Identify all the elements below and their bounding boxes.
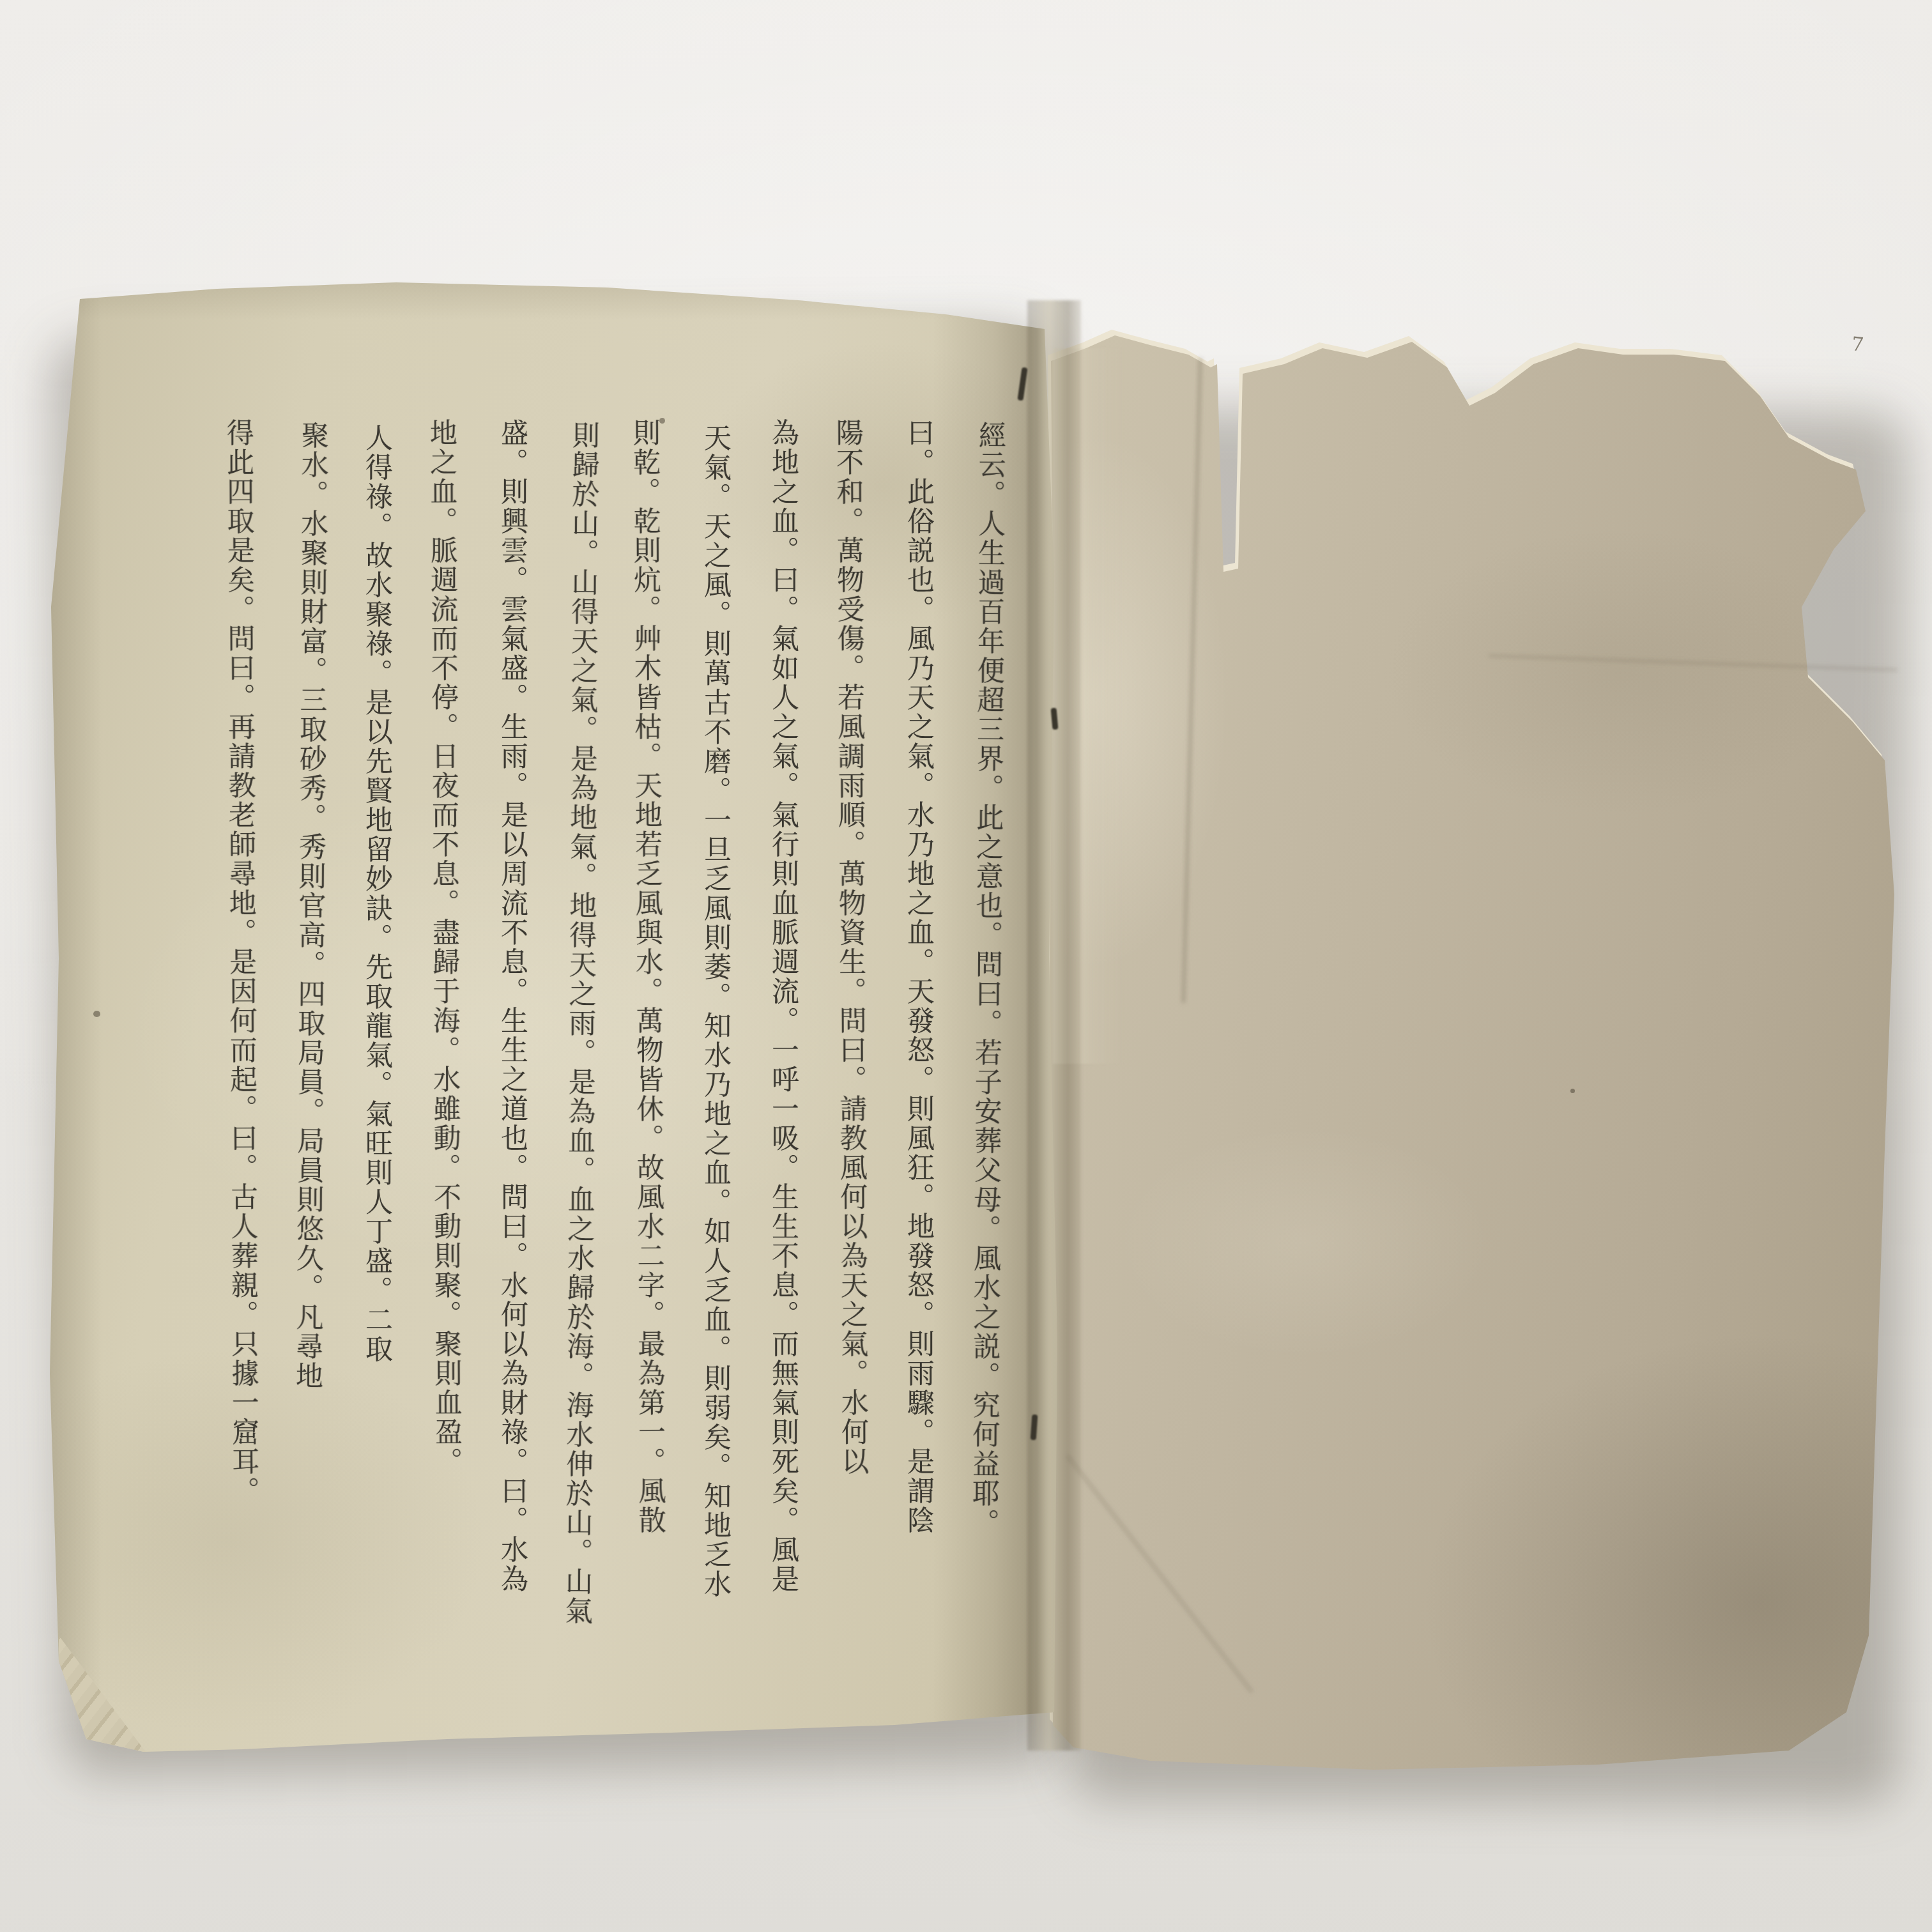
handwritten-column-8: 盛。則興雲。雲氣盛。生雨。是以周流不息。生生之道也。問曰。水何以為財祿。曰。水為 (498, 418, 526, 1703)
left-page-top-shading (45, 275, 1067, 319)
left-page: 經云。人生過百年便超三界。此之意也。問曰。若子安葬父母。風水之説。究何益耶。 曰… (45, 275, 1067, 1782)
paper-speck (1570, 1089, 1575, 1093)
binding-gutter (1027, 300, 1081, 1751)
handwritten-column-4: 為地之血。曰。氣如人之氣。氣行則血脈週流。一呼一吸。生生不息。而無氣則死矣。風是 (769, 418, 797, 1703)
handwritten-column-1: 經云。人生過百年便超三界。此之意也。問曰。若子安葬父母。風水之説。究何益耶。 (969, 421, 1004, 1705)
handwritten-column-5: 天氣。天之風。則萬古不磨。一旦乏風則萎。知水乃地之血。如人乏血。則弱矣。知地乏水 (701, 424, 729, 1708)
handwritten-column-11: 聚水。水聚則財富。三取砂秀。秀則官高。四取局員。局員則悠久。凡尋地 (291, 421, 326, 1705)
handwritten-column-3: 陽不和。萬物受傷。若風調雨順。萬物資生。問曰。請教風何以為天之氣。水何以 (834, 418, 868, 1703)
handwritten-column-2: 曰。此俗説也。風乃天之氣。水乃地之血。天發怒。則風狂。地發怒。則雨驟。是謂陰 (905, 418, 932, 1703)
handwritten-column-9: 地之血。脈週流而不停。日夜而不息。盡歸于海。水雖動。不動則聚。聚則血盈。 (427, 418, 462, 1703)
manuscript-text-block: 經云。人生過百年便超三界。此之意也。問曰。若子安葬父母。風水之説。究何益耶。 曰… (150, 418, 1000, 1703)
paper-speck (659, 418, 665, 424)
handwritten-column-12: 得此四取是矣。問曰。再請教老師尋地。是因何而起。曰。古人葬親。只據一窟耳。 (224, 418, 259, 1703)
handwritten-column-7: 則歸於山。山得天之氣。是為地氣。地得天之雨。是為血。血之水歸於海。海水伸於山。山… (562, 421, 597, 1705)
paper-speck (93, 1011, 100, 1017)
handwritten-column-6: 則乾。乾則炕。艸木皆枯。天地若乏風與水。萬物皆休。故風水二字。最為第一。風散 (631, 418, 665, 1703)
handwritten-column-10: 人得祿。故水聚祿。是以先賢地留妙訣。先取龍氣。氣旺則人丁盛。二取 (363, 424, 390, 1708)
right-page (1041, 281, 1917, 1782)
photo-backdrop: { "photo": { "backdrop_color": "#e9e7e3"… (0, 0, 1932, 1932)
page-corner-mark: 7 (1850, 333, 1865, 356)
